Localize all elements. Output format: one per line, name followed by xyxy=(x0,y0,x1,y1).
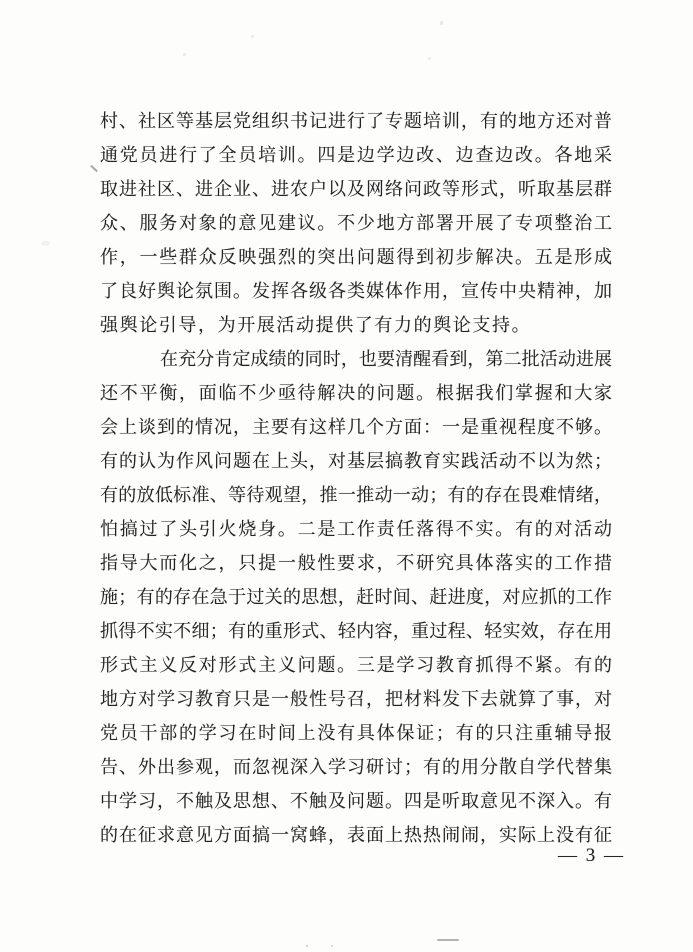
page-number: — 3 — xyxy=(558,845,625,867)
scan-dash xyxy=(437,939,459,941)
text-line: 有的认为作风问题在上头，对基层搞教育实践活动不以为然； xyxy=(100,444,612,478)
text-line: 中学习，不触及思想、不触及问题。四是听取意见不深入。有 xyxy=(100,784,612,818)
text-line: 在充分肯定成绩的同时，也要清醒看到，第二批活动进展 xyxy=(100,342,612,376)
scan-smudge xyxy=(41,241,50,246)
text-block: 村、社区等基层党组织书记进行了专题培训，有的地方还对普通党员进行了全员培训。四是… xyxy=(100,104,612,852)
text-line: 地方对学习教育只是一般性号召，把材料发下去就算了事，对 xyxy=(100,682,612,716)
text-line: 还不平衡，面临不少亟待解决的问题。根据我们掌握和大家 xyxy=(100,376,612,410)
scan-speck xyxy=(331,945,333,947)
text-line: 会上谈到的情况，主要有这样几个方面：一是重视程度不够。 xyxy=(100,410,612,444)
text-line: 形式主义反对形式主义问题。三是学习教育抓得不紧。有的 xyxy=(100,648,612,682)
text-line: 怕搞过了头引火烧身。二是工作责任落得不实。有的对活动 xyxy=(100,512,612,546)
scan-speck xyxy=(440,21,443,25)
scan-speck xyxy=(183,53,186,56)
paragraph: 在充分肯定成绩的同时，也要清醒看到，第二批活动进展还不平衡，面临不少亟待解决的问… xyxy=(100,342,612,852)
scan-speck xyxy=(251,35,254,38)
paragraph: 村、社区等基层党组织书记进行了专题培训，有的地方还对普通党员进行了全员培训。四是… xyxy=(100,104,612,342)
text-line: 作，一些群众反映强烈的突出问题得到初步解决。五是形成 xyxy=(100,240,612,274)
text-line: 施；有的存在急于过关的思想，赶时间、赶进度，对应抓的工作 xyxy=(100,580,612,614)
text-line: 取进社区、进企业、进农户以及网络问政等形式，听取基层群 xyxy=(100,172,612,206)
text-line: 党员干部的学习在时间上没有具体保证；有的只注重辅导报 xyxy=(100,716,612,750)
document-page: 村、社区等基层党组织书记进行了专题培训，有的地方还对普通党员进行了全员培训。四是… xyxy=(0,0,693,952)
scan-speck xyxy=(306,945,308,947)
text-line: 抓得不实不细；有的重形式、轻内容，重过程、轻实效，存在用 xyxy=(100,614,612,648)
text-line: 通党员进行了全员培训。四是边学边改、边查边改。各地采 xyxy=(100,138,612,172)
text-line: 众、服务对象的意见建议。不少地方部署开展了专项整治工 xyxy=(100,206,612,240)
text-line: 有的放低标准、等待观望，推一推动一动；有的存在畏难情绪， xyxy=(100,478,612,512)
text-line: 强舆论引导，为开展活动提供了有力的舆论支持。 xyxy=(100,308,612,342)
text-line: 指导大而化之，只提一般性要求，不研究具体落实的工作措 xyxy=(100,546,612,580)
scan-speck xyxy=(90,165,98,173)
text-line: 的在征求意见方面搞一窝蜂，表面上热热闹闹，实际上没有征 xyxy=(100,818,612,852)
scan-speck xyxy=(428,57,431,60)
text-line: 了良好舆论氛围。发挥各级各类媒体作用，宣传中央精神，加 xyxy=(100,274,612,308)
text-line: 村、社区等基层党组织书记进行了专题培训，有的地方还对普 xyxy=(100,104,612,138)
text-line: 告、外出参观，而忽视深入学习研讨；有的用分散自学代替集 xyxy=(100,750,612,784)
